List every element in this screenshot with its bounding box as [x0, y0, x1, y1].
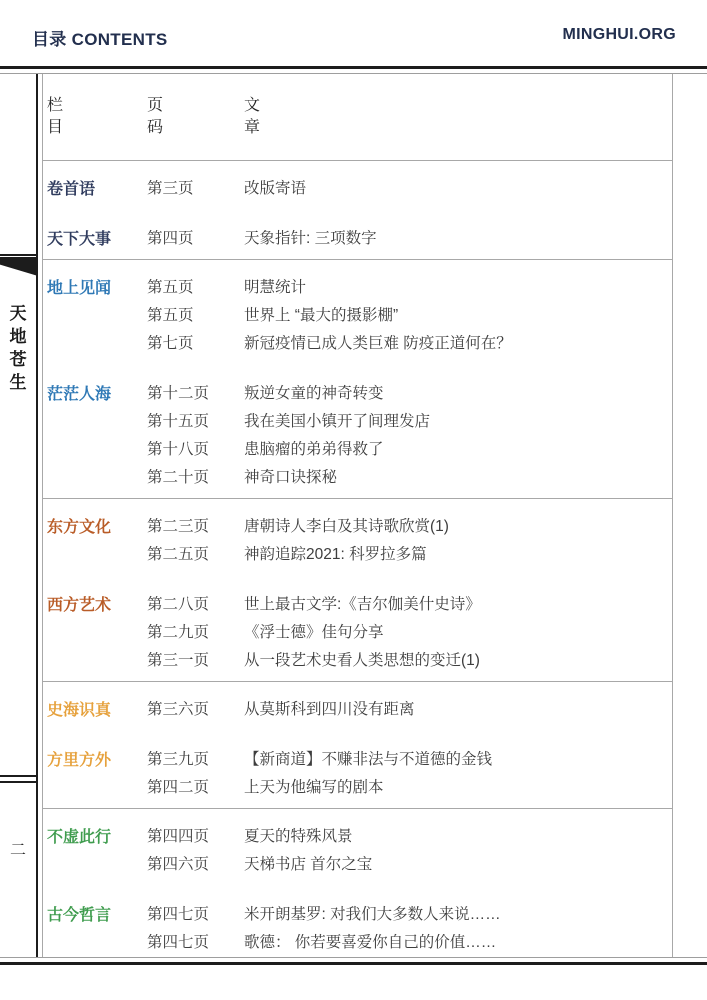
toc-row: 第二九页 《浮士德》佳句分享 [43, 617, 672, 645]
toc-section: 史海识真 第三六页 从莫斯科到四川没有距离 [43, 694, 672, 722]
toc-row: 茫茫人海 第十二页 叛逆女童的神奇转变 [43, 378, 672, 406]
page-number: 第二三页 [147, 514, 244, 536]
toc-group: 东方文化 第二三页 唐朝诗人李白及其诗歌欣赏(1) 第二五页 神韵追踪2021:… [43, 498, 672, 681]
toc-section: 方里方外 第三九页 【新商道】不赚非法与不道德的金钱 第四二页 上天为他编写的剧… [43, 744, 672, 800]
article-title: 叛逆女童的神奇转变 [244, 381, 672, 403]
article-title: 从一段艺术史看人类思想的变迁(1) [244, 648, 672, 670]
toc-row: 第十五页 我在美国小镇开了间理发店 [43, 406, 672, 434]
page-number: 第四四页 [147, 824, 244, 846]
margin-tab-line [0, 254, 38, 256]
article-title: 【新商道】不赚非法与不道德的金钱 [244, 747, 672, 769]
page-number: 第二五页 [147, 542, 244, 564]
page-number: 第四页 [147, 226, 244, 248]
section-label: 不虚此行 [47, 824, 147, 847]
article-title: 米开朗基罗: 对我们大多数人来说…… [244, 902, 672, 924]
article-title: 天象指针: 三项数字 [244, 226, 672, 248]
toc-row: 卷首语 第三页 改版寄语 [43, 173, 672, 201]
page-number: 第四六页 [147, 852, 244, 874]
section-vertical-title: 天地苍生 [8, 302, 28, 394]
page-number: 第五页 [147, 303, 244, 325]
column-header-page: 页码 [147, 95, 165, 160]
toc-row: 古今哲言 第四七页 米开朗基罗: 对我们大多数人来说…… [43, 899, 672, 927]
toc-row: 第二十页 神奇口诀探秘 [43, 462, 672, 490]
page-number: 第十八页 [147, 437, 244, 459]
article-title: 天梯书店 首尔之宝 [244, 852, 672, 874]
toc-section: 地上见闻 第五页 明慧统计 第五页 世界上 “最大的摄影棚” 第七页 新冠疫情已… [43, 272, 672, 356]
section-label: 古今哲言 [47, 902, 147, 925]
margin-tab-wedge [0, 257, 38, 276]
margin-double-line-1 [0, 775, 38, 777]
toc-section: 东方文化 第二三页 唐朝诗人李白及其诗歌欣赏(1) 第二五页 神韵追踪2021:… [43, 511, 672, 567]
toc-row: 第十八页 患脑瘤的弟弟得救了 [43, 434, 672, 462]
toc-section: 卷首语 第三页 改版寄语 [43, 173, 672, 201]
toc-groups: 卷首语 第三页 改版寄语 天下大事 第四页 天象指针: 三项数字 地上见闻 第五… [43, 160, 672, 957]
page-number: 第三九页 [147, 747, 244, 769]
top-thick-rule [0, 66, 707, 69]
toc-group: 不虚此行 第四四页 夏天的特殊风景 第四六页 天梯书店 首尔之宝 古今哲言 第四… [43, 808, 672, 957]
section-label: 茫茫人海 [47, 381, 147, 404]
article-title: 神韵追踪2021: 科罗拉多篇 [244, 542, 672, 564]
article-title: 明慧统计 [244, 275, 672, 297]
section-label: 卷首语 [47, 176, 147, 199]
toc-row: 第二五页 神韵追踪2021: 科罗拉多篇 [43, 539, 672, 567]
toc-row: 地上见闻 第五页 明慧统计 [43, 272, 672, 300]
toc-row: 方里方外 第三九页 【新商道】不赚非法与不道德的金钱 [43, 744, 672, 772]
article-title: 夏天的特殊风景 [244, 824, 672, 846]
section-label: 地上见闻 [47, 275, 147, 298]
page-number: 第七页 [147, 331, 244, 353]
column-header-section: 栏目 [47, 95, 65, 160]
article-title: 唐朝诗人李白及其诗歌欣赏(1) [244, 514, 672, 536]
page-number: 第二十页 [147, 465, 244, 487]
toc-row: 第四七页 歌德： 你若要喜爱你自己的价值…… [43, 927, 672, 955]
page-title: 目录 CONTENTS [32, 25, 168, 50]
article-title: 歌德： 你若要喜爱你自己的价值…… [244, 930, 672, 952]
article-title: 《浮士德》佳句分享 [244, 620, 672, 642]
page-number: 第三页 [147, 176, 244, 198]
toc-row: 第四二页 上天为他编写的剧本 [43, 772, 672, 800]
page-number: 第三六页 [147, 697, 244, 719]
toc-row: 不虚此行 第四四页 夏天的特殊风景 [43, 821, 672, 849]
toc-section: 西方艺术 第二八页 世上最古文学:《吉尔伽美什史诗》 第二九页 《浮士德》佳句分… [43, 589, 672, 673]
page-number: 第三一页 [147, 648, 244, 670]
section-label: 东方文化 [47, 514, 147, 537]
toc-row: 史海识真 第三六页 从莫斯科到四川没有距离 [43, 694, 672, 722]
article-title: 从莫斯科到四川没有距离 [244, 697, 672, 719]
article-title: 患脑瘤的弟弟得救了 [244, 437, 672, 459]
page-number: 第二九页 [147, 620, 244, 642]
article-title: 新冠疫情已成人类巨难 防疫正道何在？ [244, 331, 672, 353]
page-number: 第五页 [147, 275, 244, 297]
article-title: 上天为他编写的剧本 [244, 775, 672, 797]
toc-row: 西方艺术 第二八页 世上最古文学:《吉尔伽美什史诗》 [43, 589, 672, 617]
toc-section: 不虚此行 第四四页 夏天的特殊风景 第四六页 天梯书店 首尔之宝 [43, 821, 672, 877]
toc-group: 地上见闻 第五页 明慧统计 第五页 世界上 “最大的摄影棚” 第七页 新冠疫情已… [43, 259, 672, 498]
toc-section: 古今哲言 第四七页 米开朗基罗: 对我们大多数人来说…… 第四七页 歌德： 你若… [43, 899, 672, 955]
toc-section: 天下大事 第四页 天象指针: 三项数字 [43, 223, 672, 251]
section-label: 西方艺术 [47, 592, 147, 615]
article-title: 世界上 “最大的摄影棚” [244, 303, 672, 325]
page-number: 第四七页 [147, 902, 244, 924]
article-title: 我在美国小镇开了间理发店 [244, 409, 672, 431]
page-number: 第十二页 [147, 381, 244, 403]
toc-row: 第四六页 天梯书店 首尔之宝 [43, 849, 672, 877]
section-label: 天下大事 [47, 226, 147, 249]
page-number: 第二八页 [147, 592, 244, 614]
article-title: 改版寄语 [244, 176, 672, 198]
section-label: 方里方外 [47, 747, 147, 770]
article-title: 世上最古文学:《吉尔伽美什史诗》 [244, 592, 672, 614]
folio-page-number: 二 [8, 837, 28, 860]
column-header-article: 文章 [244, 95, 262, 160]
toc-row: 东方文化 第二三页 唐朝诗人李白及其诗歌欣赏(1) [43, 511, 672, 539]
section-label: 史海识真 [47, 697, 147, 720]
toc-row: 第五页 世界上 “最大的摄影棚” [43, 300, 672, 328]
toc-table: 栏目 页码 文章 卷首语 第三页 改版寄语 天下大事 第四页 天象指针: 三项数… [42, 74, 673, 957]
margin-double-line-2 [0, 781, 38, 783]
toc-section: 茫茫人海 第十二页 叛逆女童的神奇转变 第十五页 我在美国小镇开了间理发店 第十… [43, 378, 672, 490]
site-label: MINGHUI.ORG [562, 26, 676, 44]
toc-header-row: 栏目 页码 文章 [43, 74, 672, 160]
page-number: 第四七页 [147, 930, 244, 952]
toc-row: 天下大事 第四页 天象指针: 三项数字 [43, 223, 672, 251]
page-number: 第四二页 [147, 775, 244, 797]
spine-vertical-rule [36, 74, 38, 957]
page-number: 第十五页 [147, 409, 244, 431]
bottom-thick-rule [0, 962, 707, 965]
contents-page: 目录 CONTENTS MINGHUI.ORG 天地苍生 二 栏目 页码 文章 … [0, 0, 707, 1000]
toc-group: 卷首语 第三页 改版寄语 天下大事 第四页 天象指针: 三项数字 [43, 160, 672, 259]
bottom-thin-rule [0, 957, 707, 958]
article-title: 神奇口诀探秘 [244, 465, 672, 487]
toc-group: 史海识真 第三六页 从莫斯科到四川没有距离 方里方外 第三九页 【新商道】不赚非… [43, 681, 672, 808]
toc-row: 第三一页 从一段艺术史看人类思想的变迁(1) [43, 645, 672, 673]
toc-row: 第七页 新冠疫情已成人类巨难 防疫正道何在？ [43, 328, 672, 356]
